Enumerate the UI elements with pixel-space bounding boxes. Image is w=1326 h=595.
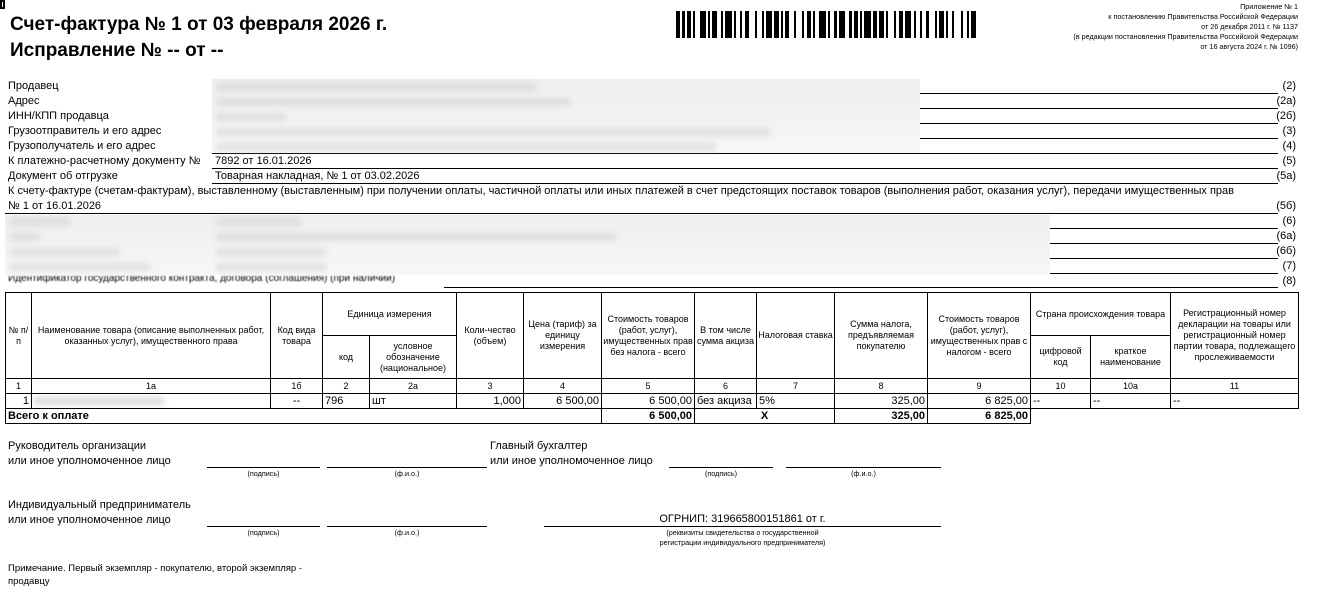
head-label-line: или иное уполномоченное лицо	[8, 454, 171, 469]
contract-id-label: Идентификатор государственного контракта…	[8, 276, 395, 284]
corner-marker	[0, 0, 5, 9]
column-number-cell: 8	[835, 379, 928, 394]
buyer-address-underline	[1050, 243, 1278, 244]
cell-reg-number: --	[1171, 394, 1299, 409]
appendix-line: от 16 августа 2024 г. № 1096)	[1073, 42, 1298, 52]
accountant-label-line: или иное уполномоченное лицо	[490, 454, 653, 469]
accountant-fio-caption: (ф.и.о.)	[786, 469, 941, 478]
buyer-inn-underline	[1050, 258, 1278, 259]
cell-name	[32, 394, 271, 409]
head-label: Руководитель организации или иное уполно…	[8, 439, 171, 469]
accountant-signature-field[interactable]	[669, 467, 773, 468]
correction-title: Исправление № -- от --	[10, 40, 223, 62]
cell-country-code: --	[1031, 394, 1091, 409]
ip-label-line: Индивидуальный предприниматель	[8, 498, 191, 513]
column-number-cell: 1б	[271, 379, 323, 394]
column-number-cell: 2	[323, 379, 370, 394]
head-label-line: Руководитель организации	[8, 439, 171, 454]
cell-country-name: --	[1091, 394, 1171, 409]
appendix-line: Приложение № 1	[1073, 2, 1298, 12]
accountant-label: Главный бухгалтер или иное уполномоченно…	[490, 439, 653, 469]
inn-kpp-label: ИНН/КПП продавца	[8, 110, 109, 122]
head-signature-caption: (подпись)	[207, 469, 320, 478]
note: Примечание. Первый экземпляр - покупател…	[8, 562, 328, 588]
column-number-cell: 10	[1031, 379, 1091, 394]
shipper-code: (3)	[1274, 125, 1296, 137]
cell-cost-with-tax: 6 825,00	[928, 394, 1031, 409]
cell-unit-name: шт	[370, 394, 457, 409]
redacted-seller-inn	[216, 113, 286, 121]
accountant-label-line: Главный бухгалтер	[490, 439, 653, 454]
redacted-buyer-value	[216, 218, 301, 226]
header-country-code: цифровой код	[1031, 336, 1091, 379]
advance-invoice-value: № 1 от 16.01.2026	[8, 200, 101, 212]
shipment-doc-value: Товарная накладная, № 1 от 03.02.2026	[215, 170, 420, 182]
column-number-cell: 4	[524, 379, 602, 394]
consignee-underline	[212, 153, 1278, 154]
cell-tax-rate: 5%	[757, 394, 835, 409]
header-name: Наименование товара (описание выполненны…	[32, 293, 271, 379]
ip-label: Индивидуальный предприниматель или иное …	[8, 498, 191, 528]
ogrnip-caption-line: (реквизиты свидетельства о государственн…	[544, 528, 941, 538]
seller-label: Продавец	[8, 80, 59, 92]
column-number-cell: 10а	[1091, 379, 1171, 394]
accountant-signature-caption: (подпись)	[669, 469, 773, 478]
column-number-cell: 2а	[370, 379, 457, 394]
total-row: Всего к оплате 6 500,00 X 325,00 6 825,0…	[6, 409, 1299, 424]
redacted-currency-label	[10, 263, 150, 271]
redacted-consignee	[216, 143, 716, 151]
cell-num: 1	[6, 394, 32, 409]
ip-signature-field[interactable]	[207, 526, 320, 527]
consignee-label: Грузополучатель и его адрес	[8, 140, 156, 152]
payment-doc-value: 7892 от 16.01.2026	[215, 155, 312, 167]
header-cost-with-tax: Стоимость товаров (работ, услуг), имущес…	[928, 293, 1031, 379]
header-cost-no-tax: Стоимость товаров (работ, услуг), имущес…	[602, 293, 695, 379]
ogrnip-caption-line: регистрации индивидуального предпринимат…	[544, 538, 941, 548]
cell-price: 6 500,00	[524, 394, 602, 409]
address-label: Адрес	[8, 95, 40, 107]
header-tax-sum: Сумма налога, предъявляемая покупателю	[835, 293, 928, 379]
ip-fio-field[interactable]	[327, 526, 487, 527]
advance-invoice-label: К счету-фактуре (счетам-фактурам), выста…	[8, 185, 1234, 197]
payment-doc-code: (5)	[1274, 155, 1296, 167]
redacted-currency	[216, 263, 326, 271]
contract-id-underline	[444, 287, 1278, 288]
invoice-table: № п/п Наименование товара (описание выпо…	[5, 292, 1299, 424]
appendix-line: к постановлению Правительства Российской…	[1073, 12, 1298, 22]
column-number-cell: 1	[6, 379, 32, 394]
consignee-code: (4)	[1274, 140, 1296, 152]
table-row: 1 -- 796 шт 1,000 6 500,00 6 500,00 без …	[6, 394, 1299, 409]
redacted-seller-name	[216, 83, 536, 91]
cell-unit-code: 796	[323, 394, 370, 409]
appendix-note: Приложение № 1 к постановлению Правитель…	[1073, 2, 1298, 52]
ip-signature-caption: (подпись)	[207, 528, 320, 537]
ogrnip-underline	[544, 526, 941, 527]
redacted-buyer-address	[216, 233, 616, 241]
appendix-line: (в редакции постановления Правительства …	[1073, 32, 1298, 42]
payment-doc-underline	[212, 168, 1278, 169]
column-number-cell: 7	[757, 379, 835, 394]
payment-doc-label: К платежно-расчетному документу №	[8, 155, 201, 167]
header-kind-code: Код вида товара	[271, 293, 323, 379]
cell-qty: 1,000	[457, 394, 524, 409]
cell-cost-no-tax: 6 500,00	[602, 394, 695, 409]
header-num: № п/п	[6, 293, 32, 379]
redacted-buyer-label	[10, 218, 70, 226]
barcode-icon	[676, 11, 976, 38]
buyer-code: (6)	[1274, 215, 1296, 227]
column-number-cell: 11	[1171, 379, 1299, 394]
redacted-buyer-address-label	[10, 233, 40, 241]
buyer-underline	[1050, 228, 1278, 229]
ogrnip-caption: (реквизиты свидетельства о государственн…	[544, 528, 941, 548]
total-label: Всего к оплате	[6, 409, 602, 424]
address-code: (2а)	[1274, 95, 1296, 107]
currency-underline	[1050, 273, 1278, 274]
redacted-product-name	[34, 397, 164, 405]
redacted-shipper	[216, 128, 771, 136]
currency-code: (7)	[1274, 260, 1296, 272]
redacted-seller-address	[216, 98, 571, 106]
buyer-address-code: (6а)	[1274, 230, 1296, 242]
column-number-cell: 5	[602, 379, 695, 394]
advance-invoice-underline	[5, 213, 1278, 214]
redacted-buyer-area	[5, 215, 1050, 275]
column-number-row: 11а1б22а34567891010а11	[6, 379, 1299, 394]
column-number-cell: 1а	[32, 379, 271, 394]
accountant-fio-field[interactable]	[786, 467, 941, 468]
header-unit-name: условное обозначение (национальное)	[370, 336, 457, 379]
cell-excise: без акциза	[695, 394, 757, 409]
ip-fio-caption: (ф.и.о.)	[327, 528, 487, 537]
header-country-name: краткое наименование	[1091, 336, 1171, 379]
head-fio-caption: (ф.и.о.)	[327, 469, 487, 478]
cell-kind-code: --	[271, 394, 323, 409]
ip-label-line: или иное уполномоченное лицо	[8, 513, 191, 528]
column-number-cell: 9	[928, 379, 1031, 394]
empty-cell	[1031, 409, 1299, 424]
cell-tax-sum: 325,00	[835, 394, 928, 409]
head-fio-field[interactable]	[327, 467, 487, 468]
seller-code: (2)	[1274, 80, 1296, 92]
header-unit-code: код	[323, 336, 370, 379]
column-number-cell: 6	[695, 379, 757, 394]
header-tax-rate: Налоговая ставка	[757, 293, 835, 379]
total-cost-no-tax: 6 500,00	[602, 409, 695, 424]
header-unit: Единица измерения	[323, 293, 457, 336]
redacted-buyer-inn	[216, 248, 326, 256]
buyer-inn-code: (6б)	[1274, 245, 1296, 257]
shipment-doc-underline	[212, 183, 1278, 184]
total-cost-with-tax: 6 825,00	[928, 409, 1031, 424]
total-excise-tax-rate: X	[695, 409, 835, 424]
shipment-doc-code: (5а)	[1274, 170, 1296, 182]
head-signature-field[interactable]	[207, 467, 320, 468]
header-qty: Коли-чество (объем)	[457, 293, 524, 379]
contract-id-code: (8)	[1274, 275, 1296, 287]
shipper-label: Грузоотправитель и его адрес	[8, 125, 161, 137]
column-number-cell: 3	[457, 379, 524, 394]
advance-invoice-code: (5б)	[1274, 200, 1296, 212]
header-excise: В том числе сумма акциза	[695, 293, 757, 379]
redacted-buyer-inn-label	[10, 248, 120, 256]
inn-kpp-code: (2б)	[1274, 110, 1296, 122]
header-country: Страна происхождения товара	[1031, 293, 1171, 336]
header-price: Цена (тариф) за единицу измерения	[524, 293, 602, 379]
header-reg-number: Регистрационный номер декларации на това…	[1171, 293, 1299, 379]
shipment-doc-label: Документ об отгрузке	[8, 170, 118, 182]
invoice-title: Счет-фактура № 1 от 03 февраля 2026 г.	[10, 14, 387, 36]
total-tax-sum: 325,00	[835, 409, 928, 424]
appendix-line: от 26 декабря 2011 г. № 1137	[1073, 22, 1298, 32]
ogrnip-value: ОГРНИП: 319665800151861 от г.	[544, 513, 941, 525]
